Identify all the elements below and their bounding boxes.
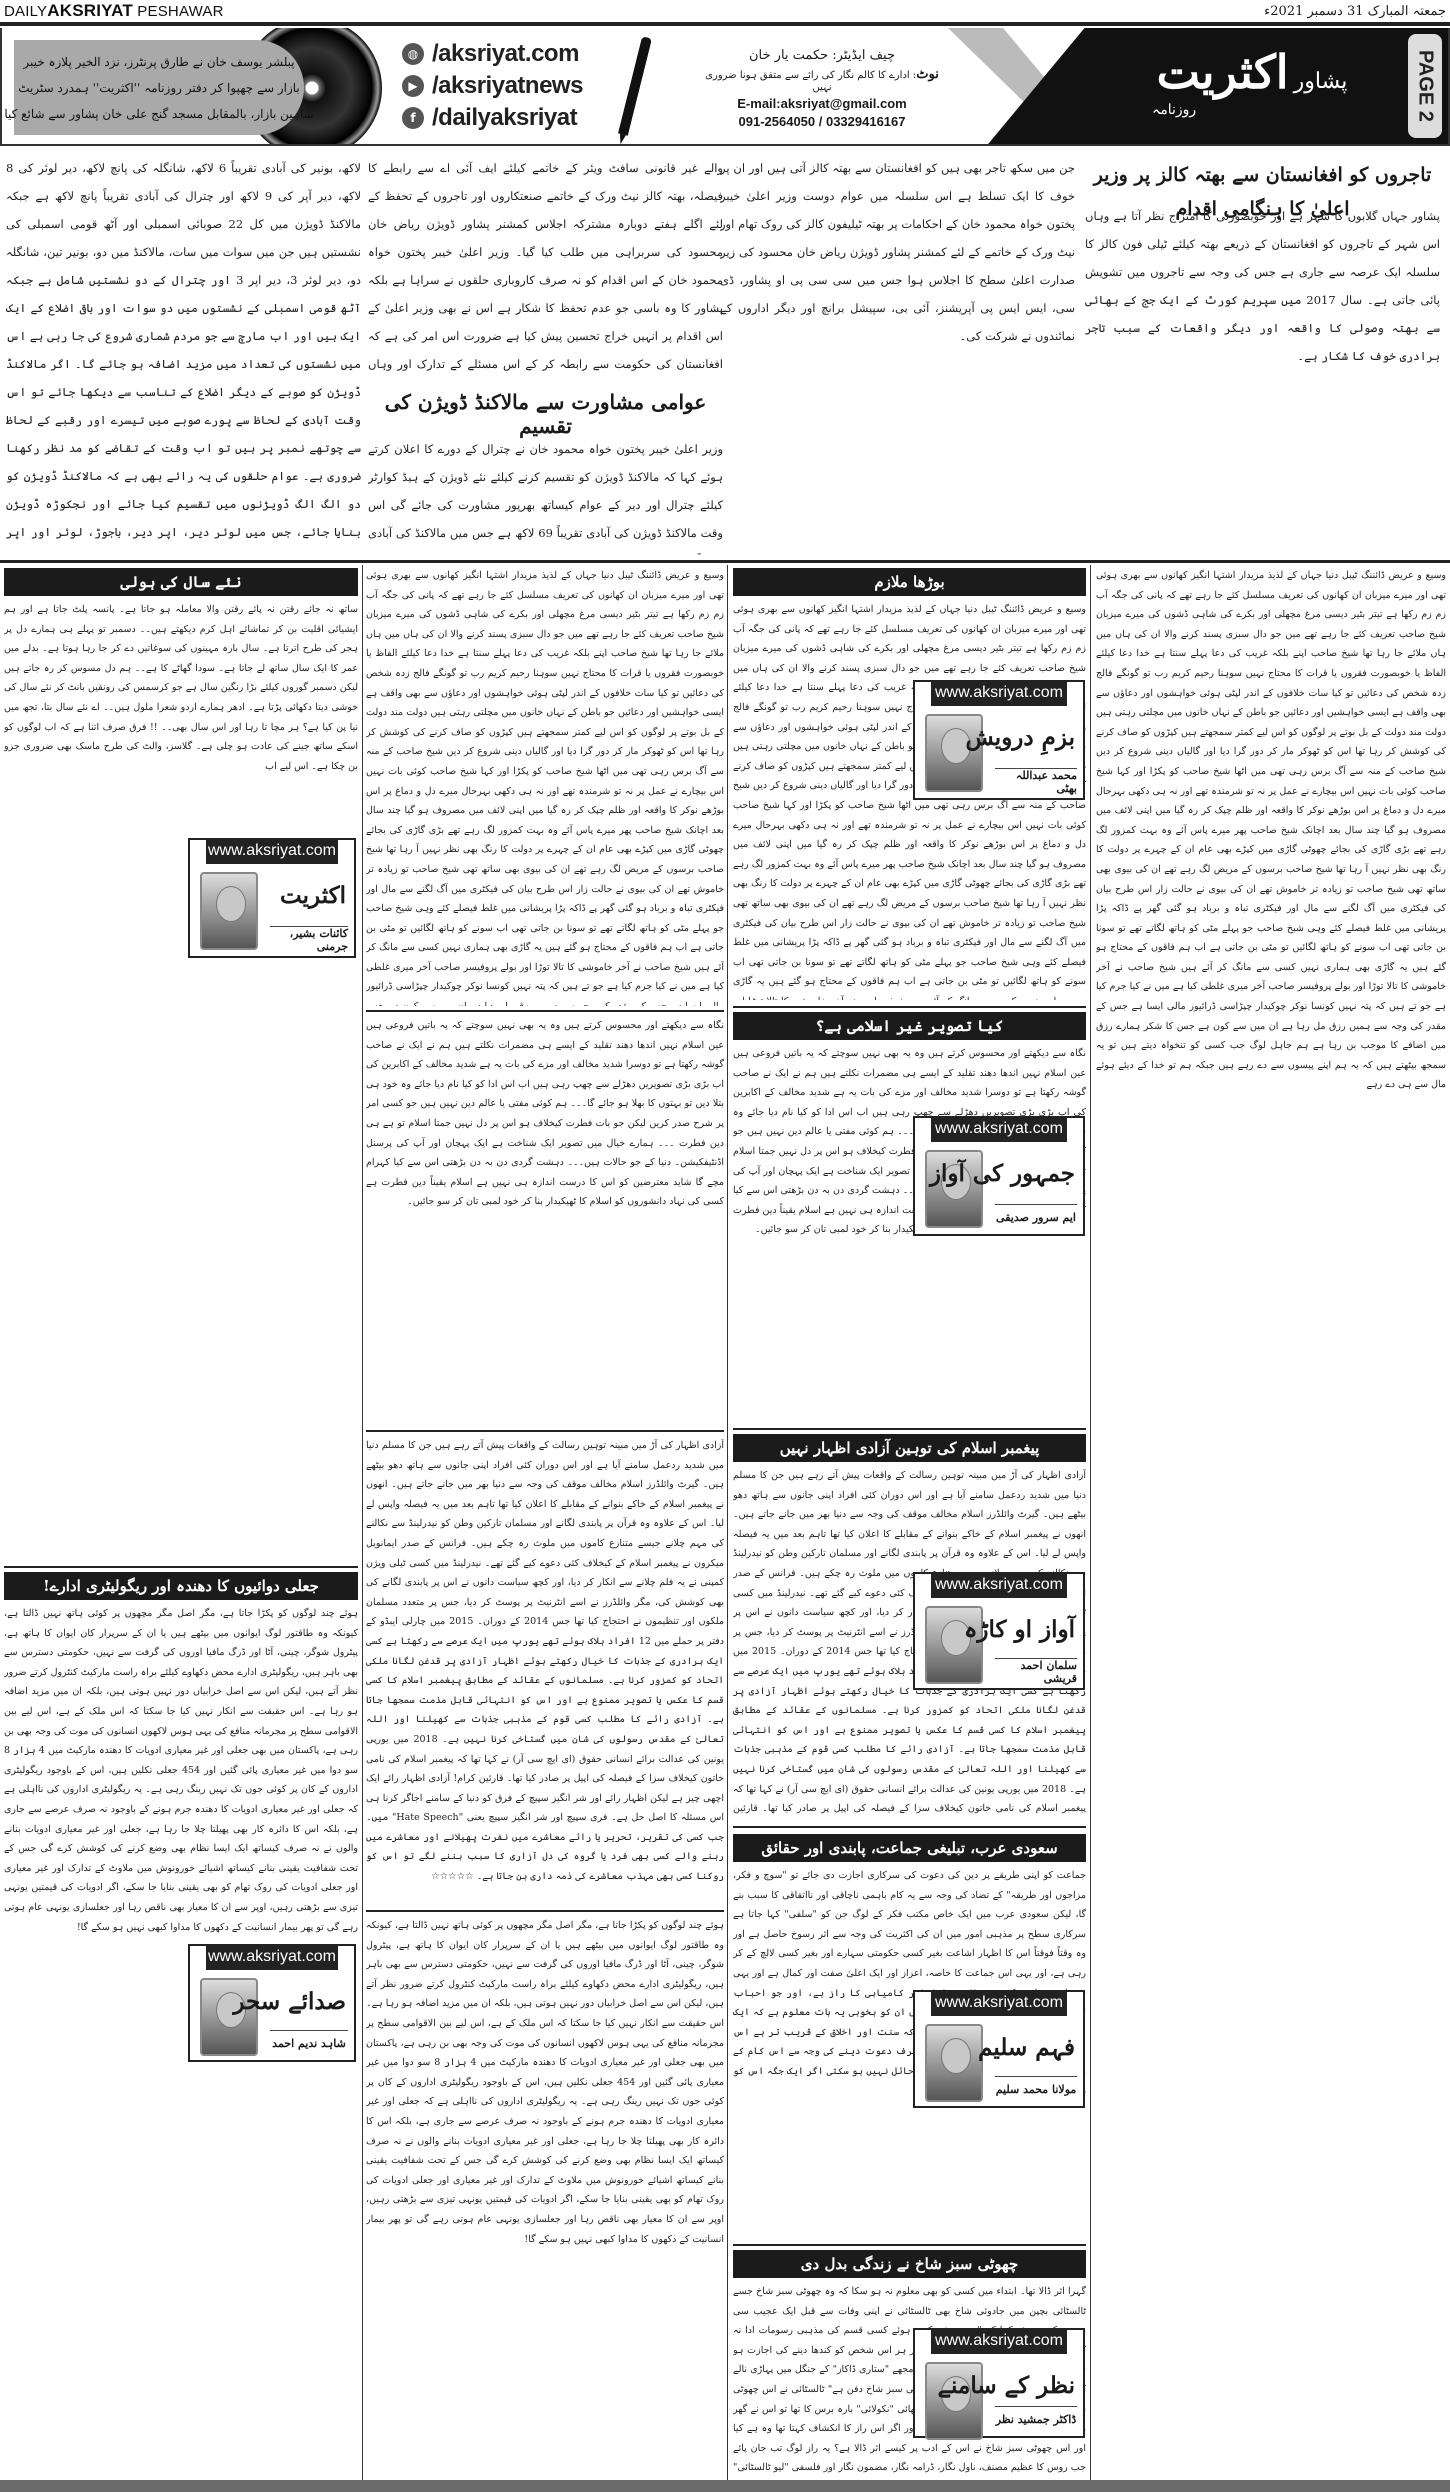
social-links: ◍ /aksriyat.com ▶ /aksriyatnews f /daily… <box>402 40 583 132</box>
social-link-label: /aksriyat.com <box>432 40 579 68</box>
section-header-saudi-tablighi: سعودی عرب، تبلیغی جماعت، پابندی اور حقائ… <box>733 1834 1086 1862</box>
section-header-tauheen-azadi: پیغمبر اسلام کی توہین آزادی اظہار نہیں <box>733 1434 1086 1462</box>
top-rule <box>0 22 1450 26</box>
section-header-jaali-dawaiyan: جعلی دوائیوں کا دھندہ اور ریگولیٹری ادار… <box>4 1572 358 1600</box>
newspaper-logo: پشاور اکثریت روزنامہ <box>1132 42 1382 118</box>
article-text: ساتھ نہ جائے رقتن نہ پائے رقتن والا معام… <box>4 600 358 1560</box>
publisher-info-box: پبلشر یوسف خان نے طارق پرنٹرز، نزد الخیر… <box>14 40 304 135</box>
website-label: www.aksriyat.com <box>206 838 338 864</box>
facebook-icon: f <box>402 107 424 129</box>
contact-email[interactable]: E-mail:aksriyat@gmail.com <box>702 96 942 111</box>
section-header-kya-tasveer: کیا تصویر غیر اسلامی ہے؟ <box>733 1012 1086 1040</box>
social-link-label: /aksriyatnews <box>432 72 583 100</box>
author-name: کائنات بشیر، جرمنی <box>270 926 348 952</box>
columnist-card: www.aksriyat.com اکثریت کائنات بشیر، جرم… <box>188 838 356 958</box>
columnist-card: www.aksriyat.com جمہور کی آواز ایم سرور … <box>913 1116 1085 1236</box>
editorial-column: جن میں سکھ تاجر بھی ہیں کو افغانستان سے … <box>720 154 1075 554</box>
column-name: آواز او کاڑہ <box>964 1616 1075 1643</box>
article-text: ہوئے چند لوگوں کو پکڑا جاتا ہے، مگر اصل … <box>366 1916 724 2481</box>
author-name: ایم سرور صدیقی <box>995 1204 1077 1230</box>
section-header-burha-mulazim: بوڑھا ملازم <box>733 568 1086 596</box>
chief-editor: چیف ایڈیٹر: حکمت یار خان <box>702 48 942 63</box>
editorial-subheadline: عوامی مشاورت سے مالاکنڈ ڈویژن کی تقسیم <box>368 390 723 438</box>
editorial-section: تاجروں کو افغانستان سے بھتہ کالز پر وزیر… <box>0 150 1450 560</box>
quill-logo-icon <box>200 872 258 950</box>
section-divider <box>733 2244 1086 2246</box>
columnist-card: www.aksriyat.com بزمِ درویش محمد عبداللہ… <box>913 680 1085 800</box>
social-link-label: /dailyaksriyat <box>432 104 577 132</box>
section-divider <box>733 1428 1086 1430</box>
editor-info: چیف ایڈیٹر: حکمت یار خان نوٹ: ادارے کا ک… <box>702 48 942 129</box>
section-divider <box>366 1910 724 1912</box>
columnist-card: www.aksriyat.com آواز او کاڑہ سلمان احمد… <box>913 1572 1085 1690</box>
columnist-card: www.aksriyat.com نظر کے سامنے ڈاکٹر جمشی… <box>913 2328 1085 2438</box>
editorial-column: لاکھ، بونیر کی آبادی تقریباً 6 لاکھ، شان… <box>6 154 361 554</box>
section-header-chhoti-sabz-shakh: چھوٹی سبز شاخ نے زندگی بدل دی <box>733 2250 1086 2278</box>
contact-phone: 091-2564050 / 03329416167 <box>702 114 942 129</box>
column-divider <box>727 565 728 2480</box>
logo-prefix: روزنامہ <box>1132 102 1382 118</box>
top-strip: DAILYAKSRIYAT PESHAWAR جمعتہ المبارک 31 … <box>0 0 1450 22</box>
editorial-column: وزیر اعلیٰ خیبر پختون خواہ محمود خان نے … <box>368 435 723 555</box>
section-header-naye-saal: نئے سال کی ہولی <box>4 568 358 596</box>
article-text: آزادی اظہار کی آڑ میں مبینہ توہین رسالت … <box>366 1436 724 1906</box>
column-name: جمہور کی آواز <box>930 1160 1075 1187</box>
section-divider <box>733 1826 1086 1828</box>
column-name: اکثریت <box>280 882 346 909</box>
social-link-facebook[interactable]: f /dailyaksriyat <box>402 104 583 132</box>
masthead: پبلشر یوسف خان نے طارق پرنٹرز، نزد الخیر… <box>0 28 1450 146</box>
article-text: وسیع و عریض ڈائننگ ٹیبل دنیا جہاں کے لذی… <box>733 600 1086 1000</box>
editorial-note: نوٹ: ادارے کا کالم نگار کی رائے سے متفق … <box>702 67 942 93</box>
section-divider <box>4 1566 358 1568</box>
column-divider <box>362 565 363 2480</box>
brand-prefix: DAILY <box>4 3 47 20</box>
publisher-line: پبلشر یوسف خان نے طارق پرنٹرز، نزد الخیر… <box>23 49 294 75</box>
article-text: وسیع و عریض ڈائننگ ٹیبل دنیا جہاں کے لذی… <box>366 566 724 1006</box>
section-divider <box>0 560 1450 563</box>
website-label: www.aksriyat.com <box>931 1116 1067 1142</box>
page-number-tab: PAGE 2 <box>1408 34 1442 138</box>
page-label: PAGE 2 <box>1414 50 1437 122</box>
article-text: نگاہ سے دیکھتے اور محسوس کرتے ہیں وہ یہ … <box>366 1016 724 1426</box>
globe-icon: ◍ <box>402 43 424 65</box>
section-divider <box>366 1430 724 1432</box>
publisher-line: شاہین بازار، بالمقابل مسجد گنج علی خان پ… <box>4 101 313 127</box>
column-name: فہم سلیم <box>978 2034 1075 2061</box>
column-name: صدائے سحر <box>233 1988 346 2015</box>
social-link-youtube[interactable]: ▶ /aksriyatnews <box>402 72 583 100</box>
website-label: www.aksriyat.com <box>931 680 1067 706</box>
footer-bar <box>0 2480 1450 2492</box>
logo-city: پشاور <box>1294 69 1348 94</box>
brand-city: PESHAWAR <box>137 3 223 20</box>
author-name: شاہد ندیم احمد <box>270 2030 348 2056</box>
social-link-website[interactable]: ◍ /aksriyat.com <box>402 40 583 68</box>
section-divider <box>733 1006 1086 1008</box>
logo-main: اکثریت <box>1157 45 1289 99</box>
note-label: نوٹ <box>916 67 939 82</box>
editorial-column: والے غیر قانونی سافٹ ویئر کے خاتمے کیلئے… <box>368 154 723 384</box>
issue-date: جمعتہ المبارک 31 دسمبر 2021ء <box>1264 4 1446 19</box>
note-text: : ادارے کا کالم نگار کی رائے سے متفق ہون… <box>705 70 916 93</box>
website-label: www.aksriyat.com <box>206 1944 338 1970</box>
column-divider <box>1090 565 1091 2480</box>
article-text: وسیع و عریض ڈائننگ ٹیبل دنیا جہاں کے لذی… <box>1096 566 1446 2476</box>
author-name: مولانا محمد سلیم <box>995 2076 1077 2102</box>
youtube-icon: ▶ <box>402 75 424 97</box>
column-name: بزمِ درویش <box>965 724 1075 751</box>
pen-icon <box>618 36 652 135</box>
author-name: محمد عبداللہ بھٹی <box>995 768 1077 794</box>
website-label: www.aksriyat.com <box>931 2328 1067 2354</box>
column-name: نظر کے سامنے <box>938 2372 1075 2399</box>
columnist-card: www.aksriyat.com فہم سلیم مولانا محمد سل… <box>913 1990 1085 2108</box>
website-label: www.aksriyat.com <box>931 1572 1067 1598</box>
website-label: www.aksriyat.com <box>931 1990 1067 2016</box>
author-name: ڈاکٹر جمشید نظر <box>995 2406 1077 2432</box>
editorial-column: پشاور جہاں گلابوں کا شہر ہے اور خوبصورتی… <box>1085 202 1440 552</box>
brand-name: AKSRIYAT <box>47 1 133 20</box>
brand-name-english: DAILYAKSRIYAT PESHAWAR <box>4 1 224 21</box>
publisher-line: بازار سے چھپوا کر دفتر روزنامہ ''اکثریت'… <box>18 75 300 101</box>
author-name: سلمان احمد قریشی <box>995 1658 1077 1684</box>
author-photo <box>925 2024 983 2102</box>
section-divider <box>366 1010 724 1012</box>
columnist-card: www.aksriyat.com صدائے سحر شاہد ندیم احم… <box>188 1944 356 2062</box>
